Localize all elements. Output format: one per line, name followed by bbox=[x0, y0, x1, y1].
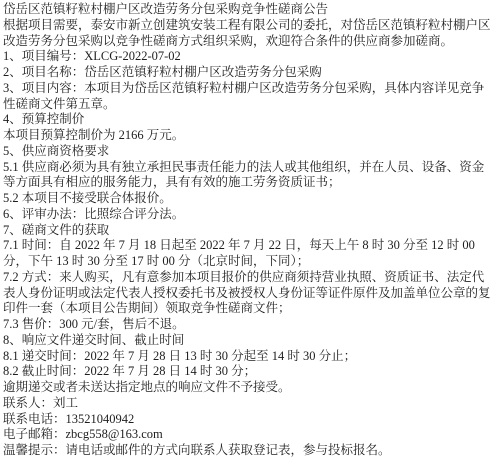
doc-paragraph: 7、磋商文件的获取 bbox=[3, 223, 496, 239]
doc-paragraph: 电子邮箱：zbcg558@163.com bbox=[3, 427, 496, 443]
doc-paragraph: 5、供应商资格要求 bbox=[3, 144, 496, 160]
doc-paragraph: 本项目预算控制价为 2166 万元。 bbox=[3, 128, 496, 144]
doc-paragraph: 6、评审办法：比照综合评分法。 bbox=[3, 207, 496, 223]
doc-paragraph: 3、项目内容：本项目为岱岳区范镇籽粒村棚户区改造劳务分包采购，具体内容详见竞争性… bbox=[3, 81, 496, 113]
doc-paragraph: 2、项目名称：岱岳区范镇籽粒村棚户区改造劳务分包采购 bbox=[3, 65, 496, 81]
doc-paragraph: 8.2 截止时间：2022 年 7 月 28 日 14 时 30 分； bbox=[3, 364, 496, 380]
doc-paragraph: 5.2 本项目不接受联合体报价。 bbox=[3, 191, 496, 207]
doc-paragraph: 7.2 方式：来人购买，凡有意参加本项目报价的供应商须持营业执照、资质证书、法定… bbox=[3, 270, 496, 317]
doc-paragraph: 联系人：刘工 bbox=[3, 396, 496, 412]
doc-paragraph: 7.1 时间：自 2022 年 7 月 18 日起至 2022 年 7 月 22… bbox=[3, 238, 496, 270]
document-title: 岱岳区范镇籽粒村棚户区改造劳务分包采购竞争性磋商公告 bbox=[3, 2, 496, 18]
doc-paragraph: 4、预算控制价 bbox=[3, 112, 496, 128]
doc-paragraph: 温馨提示：请电话或邮件的方式向联系人获取登记表，参与投标报名。 bbox=[3, 443, 496, 457]
doc-paragraph: 联系电话：13521040942 bbox=[3, 412, 496, 428]
doc-paragraph: 5.1 供应商必须为具有独立承担民事责任能力的法人或其他组织，并在人员、设备、资… bbox=[3, 160, 496, 192]
doc-paragraph: 1、项目编号：XLCG-2022-07-02 bbox=[3, 49, 496, 65]
doc-paragraph: 根据项目需要，泰安市新立创建筑安装工程有限公司的委托，对岱岳区范镇籽粒村棚户区改… bbox=[3, 18, 496, 50]
doc-paragraph: 8、响应文件递交时间、截止时间 bbox=[3, 333, 496, 349]
doc-paragraph: 8.1 递交时间：2022 年 7 月 28 日 13 时 30 分起至 14 … bbox=[3, 349, 496, 365]
doc-paragraph: 7.3 售价：300 元/套，售后不退。 bbox=[3, 317, 496, 333]
doc-paragraph: 逾期递交或者未送达指定地点的响应文件不予接受。 bbox=[3, 380, 496, 396]
announcement-document: 岱岳区范镇籽粒村棚户区改造劳务分包采购竞争性磋商公告 根据项目需要，泰安市新立创… bbox=[0, 0, 498, 457]
